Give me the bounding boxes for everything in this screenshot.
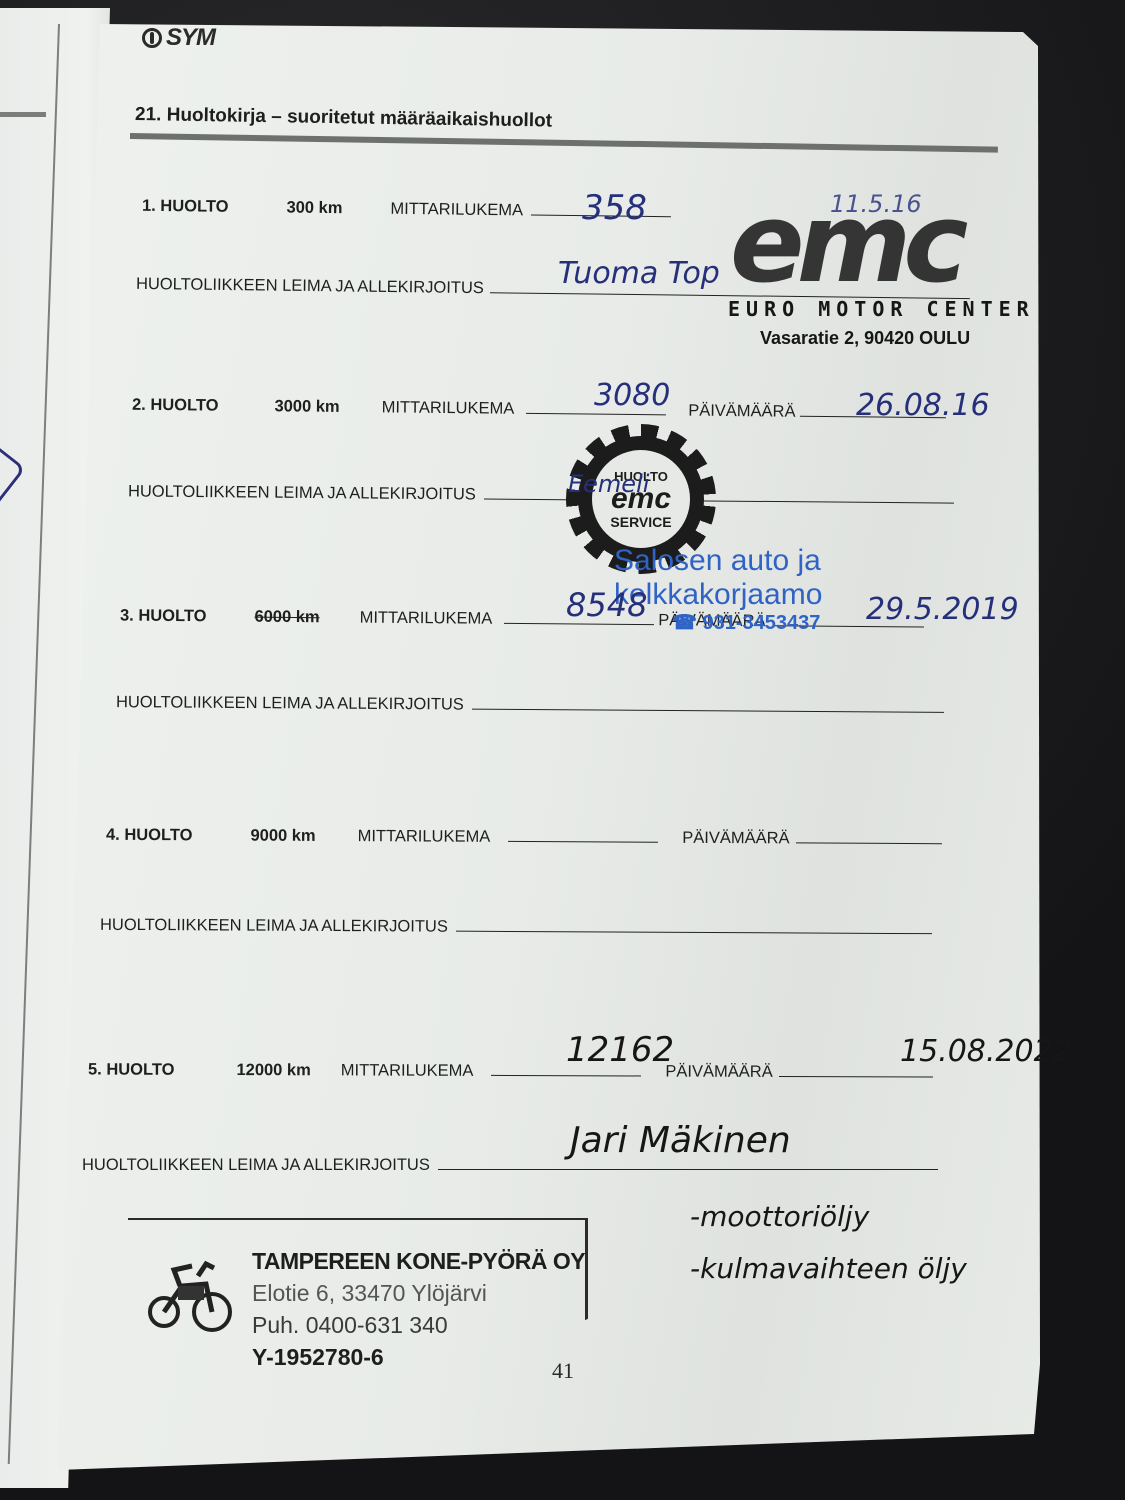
signature-2: Eemeli [568, 470, 649, 498]
date-label: PÄIVÄMÄÄRÄ [688, 402, 795, 422]
service-5-signature-row: HUOLTOLIIKKEEN LEIMA JA ALLEKIRJOITUS [82, 1156, 938, 1175]
signature-label: HUOLTOLIIKKEEN LEIMA JA ALLEKIRJOITUS [116, 693, 464, 714]
tkp-phone: Puh. 0400-631 340 [252, 1312, 448, 1339]
odometer-value-1: 358 [582, 188, 647, 228]
salonen-line-1: Salosen auto ja [614, 544, 822, 578]
brand-logo: SYM [142, 24, 215, 52]
date-field[interactable] [779, 1075, 933, 1078]
signature-field[interactable] [456, 930, 932, 934]
odometer-label: MITTARILUKEMA [358, 827, 491, 847]
date-value-2: 26.08.16 [856, 388, 990, 423]
tkp-name: TAMPEREEN KONE-PYÖRÄ OY [252, 1248, 585, 1275]
odometer-value-5: 12162 [566, 1030, 674, 1070]
service-interval: 300 km [286, 199, 342, 219]
signature-field[interactable] [438, 1168, 938, 1170]
signature-field[interactable] [472, 708, 944, 713]
service-interval: 12000 km [236, 1061, 310, 1080]
odometer-label: MITTARILUKEMA [360, 609, 493, 629]
odometer-label: MITTARILUKEMA [341, 1061, 474, 1080]
service-number: 4. HUOLTO [106, 826, 193, 845]
service-number: 5. HUOLTO [88, 1061, 175, 1080]
service-number: 1. HUOLTO [142, 197, 229, 217]
emc-stamp: emc EURO MOTOR CENTER Vasaratie 2, 90420… [718, 200, 1038, 350]
date-value-1: 11.5.16 [830, 190, 922, 218]
salonen-phone: ☎ 931-3453437 [672, 612, 822, 634]
note-2: -kulmavaihteen öljy [690, 1252, 967, 1285]
odometer-value-3: 8548 [566, 586, 647, 624]
service-number: 2. HUOLTO [132, 396, 219, 416]
pen-mark [0, 448, 26, 507]
odometer-label: MITTARILUKEMA [390, 200, 523, 221]
page-number: 41 [552, 1358, 574, 1384]
odometer-field[interactable] [508, 840, 658, 843]
service-stamp-bottom: SERVICE [610, 514, 671, 530]
motorcycle-icon [140, 1246, 236, 1342]
date-field[interactable] [796, 841, 942, 844]
service-number: 3. HUOLTO [120, 606, 207, 626]
signature-field[interactable] [484, 498, 954, 504]
emc-name: EURO MOTOR CENTER [728, 297, 1035, 321]
date-value-3: 29.5.2019 [866, 592, 1019, 627]
note-1: -moottoriöljy [690, 1200, 869, 1233]
sym-logo-icon [142, 28, 162, 48]
service-interval: 9000 km [250, 827, 315, 846]
signature-5: Jari Mäkinen [570, 1120, 791, 1161]
tkp-address: Elotie 6, 33470 Ylöjärvi [252, 1280, 487, 1307]
date-label: PÄIVÄMÄÄRÄ [665, 1063, 772, 1082]
signature-label: HUOLTOLIIKKEEN LEIMA JA ALLEKIRJOITUS [128, 482, 476, 504]
tkp-business-id: Y-1952780-6 [252, 1344, 384, 1371]
date-value-5: 15.08.2022 [900, 1034, 1072, 1069]
service-interval: 3000 km [274, 397, 339, 417]
signature-label: HUOLTOLIIKKEEN LEIMA JA ALLEKIRJOITUS [100, 916, 448, 937]
signature-1: Tuoma Top [558, 256, 720, 291]
signature-label: HUOLTOLIIKKEEN LEIMA JA ALLEKIRJOITUS [82, 1156, 430, 1175]
service-interval: 6000 km [254, 608, 319, 628]
emc-address: Vasaratie 2, 90420 OULU [760, 328, 970, 349]
date-label: PÄIVÄMÄÄRÄ [682, 829, 789, 849]
odometer-field[interactable] [491, 1074, 641, 1077]
service-5-row: 5. HUOLTO 12000 km MITTARILUKEMA PÄIVÄMÄ… [88, 1061, 933, 1083]
odometer-value-2: 3080 [594, 378, 670, 413]
tkp-stamp: TAMPEREEN KONE-PYÖRÄ OY Elotie 6, 33470 … [128, 1218, 588, 1386]
previous-page-rule [0, 112, 46, 117]
odometer-label: MITTARILUKEMA [382, 398, 515, 418]
brand-name: SYM [166, 24, 215, 52]
